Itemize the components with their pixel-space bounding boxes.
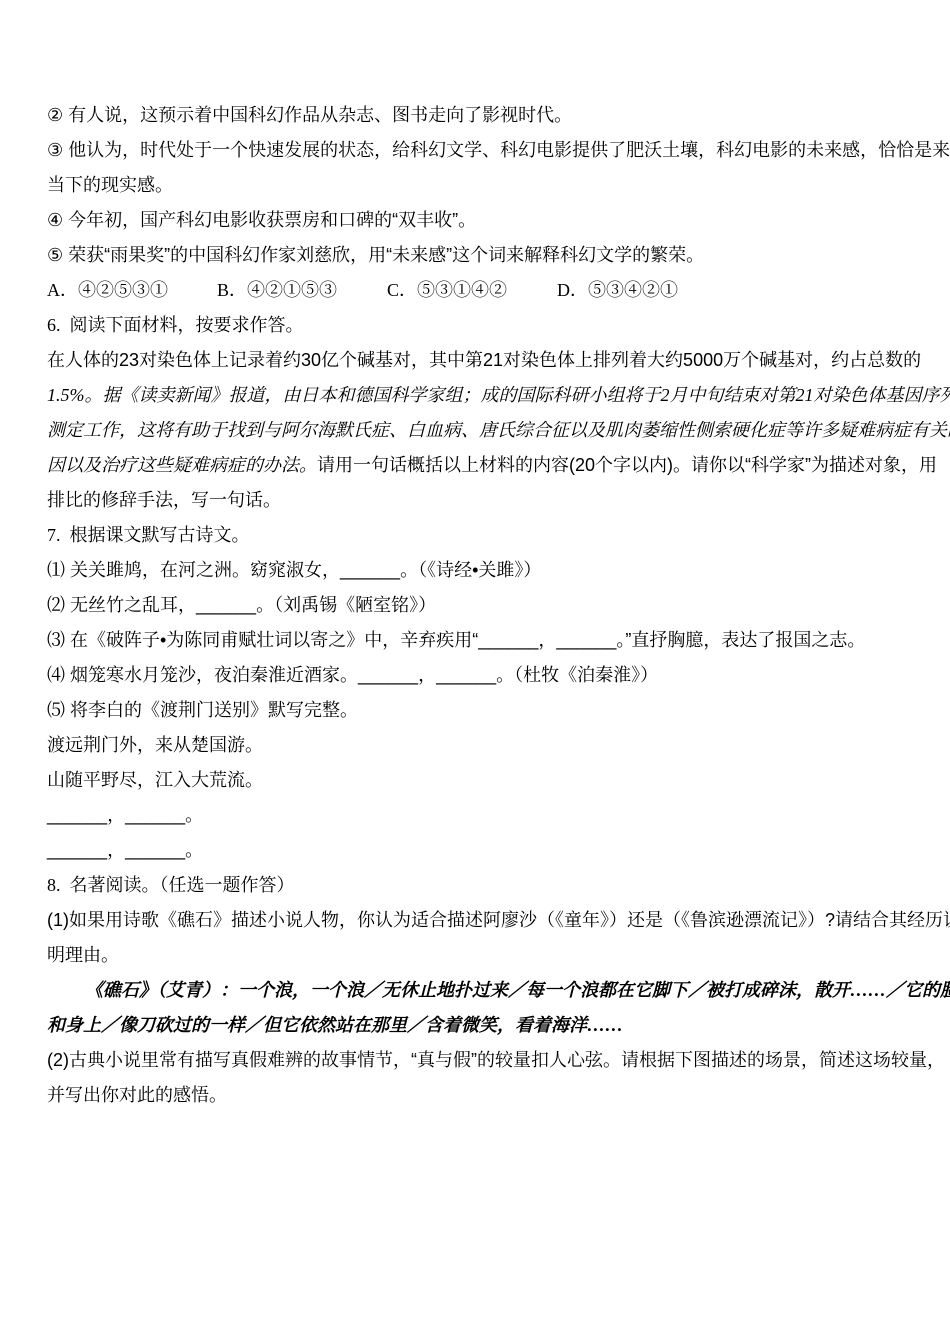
sort-item-2: ② 有人说，这预示着中国科幻作品从杂志、图书走向了影视时代。	[47, 98, 910, 133]
q7-poem-blank-line-1: ______，______。	[47, 798, 910, 833]
option-b: B．④②①⑤③	[217, 273, 387, 308]
q6-material-line-1: 在人体的23对染色体上记录着约30亿个碱基对，其中第21对染色体上排列着大约50…	[47, 343, 910, 378]
option-d-value: ⑤③④②①	[588, 280, 678, 300]
sort-item-5: ⑤ 荣获“雨果奖”的中国科幻作家刘慈欣，用“未来感”这个词来解释科幻文学的繁荣。	[47, 238, 910, 273]
option-b-label: B．	[217, 280, 247, 300]
question-8-number: 8.	[47, 875, 61, 895]
option-a: A．④②⑤③①	[47, 273, 217, 308]
q7-item-2: ⑵ 无丝竹之乱耳，______。（刘禹锡《陋室铭》）	[47, 588, 910, 623]
sort-item-3: ③ 他认为，时代处于一个快速发展的状态，给科幻文学、科幻电影提供了肥沃土壤，科幻…	[47, 133, 910, 168]
question-6-prompt: 阅读下面材料，按要求作答。	[70, 315, 304, 335]
question-7-prompt: 根据课文默写古诗文。	[70, 525, 250, 545]
question-7-number: 7.	[47, 525, 61, 545]
question-6-header: 6.阅读下面材料，按要求作答。	[47, 308, 910, 343]
q7-poem-line-2: 山随平野尽，江入大荒流。	[47, 763, 910, 798]
q7-poem-line-1: 渡远荆门外，来从楚国游。	[47, 728, 910, 763]
answer-options-row: A．④②⑤③①B．④②①⑤③C．⑤③①④②D．⑤③④②①	[47, 273, 910, 308]
sort-item-3-wrap: 当下的现实感。	[47, 168, 910, 203]
question-6-number: 6.	[47, 315, 61, 335]
option-a-label: A．	[47, 280, 78, 300]
question-7-header: 7.根据课文默写古诗文。	[47, 518, 910, 553]
q6-material-line-2: 1.5%。据《读卖新闻》报道，由日本和德国科学家组；成的国际科研小组将于2月中旬…	[47, 378, 910, 413]
question-8-header: 8.名著阅读。（任选一题作答）	[47, 868, 910, 903]
q7-item-1: ⑴ 关关雎鸠，在河之洲。窈窕淑女，______。（《诗经•关雎》）	[47, 553, 910, 588]
option-b-value: ④②①⑤③	[247, 280, 337, 300]
q8-part1-line-1: (1)如果用诗歌《礁石》描述小说人物，你认为适合描述阿廖沙（《童年》）还是（《鲁…	[47, 903, 910, 938]
option-c-value: ⑤③①④②	[417, 280, 507, 300]
q7-poem-blank-line-2: ______，______。	[47, 833, 910, 868]
q6-material-end: 因以及治疗这些疑难病症的办法。	[47, 455, 317, 475]
q7-item-4: ⑷ 烟笼寒水月笼沙，夜泊秦淮近酒家。______，______。（杜牧《泊秦淮》…	[47, 658, 910, 693]
option-d-label: D．	[557, 280, 588, 300]
q8-part2-line-1: (2)古典小说里常有描写真假难辨的故事情节，“真与假”的较量扣人心弦。请根据下图…	[47, 1043, 910, 1078]
q8-part1-line-2: 明理由。	[47, 938, 910, 973]
q6-task-part1: 请用一句话概括以上材料的内容(20个字以内)。请你以“科学家”为描述对象，用	[317, 455, 937, 475]
q6-material-line-4: 因以及治疗这些疑难病症的办法。请用一句话概括以上材料的内容(20个字以内)。请你…	[47, 448, 910, 483]
q8-poem-line-1: 《礁石》（艾青）：一个浪，一个浪／无休止地扑过来／每一个浪都在它脚下／被打成碎沫…	[47, 973, 910, 1008]
sort-item-4: ④ 今年初，国产科幻电影收获票房和口碑的“双丰收”。	[47, 203, 910, 238]
option-a-value: ④②⑤③①	[78, 280, 168, 300]
exam-page: ② 有人说，这预示着中国科幻作品从杂志、图书走向了影视时代。 ③ 他认为，时代处…	[0, 0, 950, 1344]
q8-poem-line-2: 和身上／像刀砍过的一样／但它依然站在那里／含着微笑，看着海洋……	[47, 1008, 910, 1043]
option-c: C．⑤③①④②	[387, 273, 557, 308]
q7-item-5: ⑸ 将李白的《渡荆门送别》默写完整。	[47, 693, 910, 728]
question-8-prompt: 名著阅读。（任选一题作答）	[70, 875, 295, 895]
q6-material-line-3: 测定工作，这将有助于找到与阿尔海默氏症、白血病、唐氏综合征以及肌肉萎缩性侧索硬化…	[47, 413, 910, 448]
q6-task-part2: 排比的修辞手法，写一句话。	[47, 483, 910, 518]
option-d: D．⑤③④②①	[557, 273, 678, 308]
q7-item-3: ⑶ 在《破阵子•为陈同甫赋壮词以寄之》中，辛弃疾用“______，______。…	[47, 623, 910, 658]
option-c-label: C．	[387, 280, 417, 300]
q8-part2-line-2: 并写出你对此的感悟。	[47, 1078, 910, 1113]
